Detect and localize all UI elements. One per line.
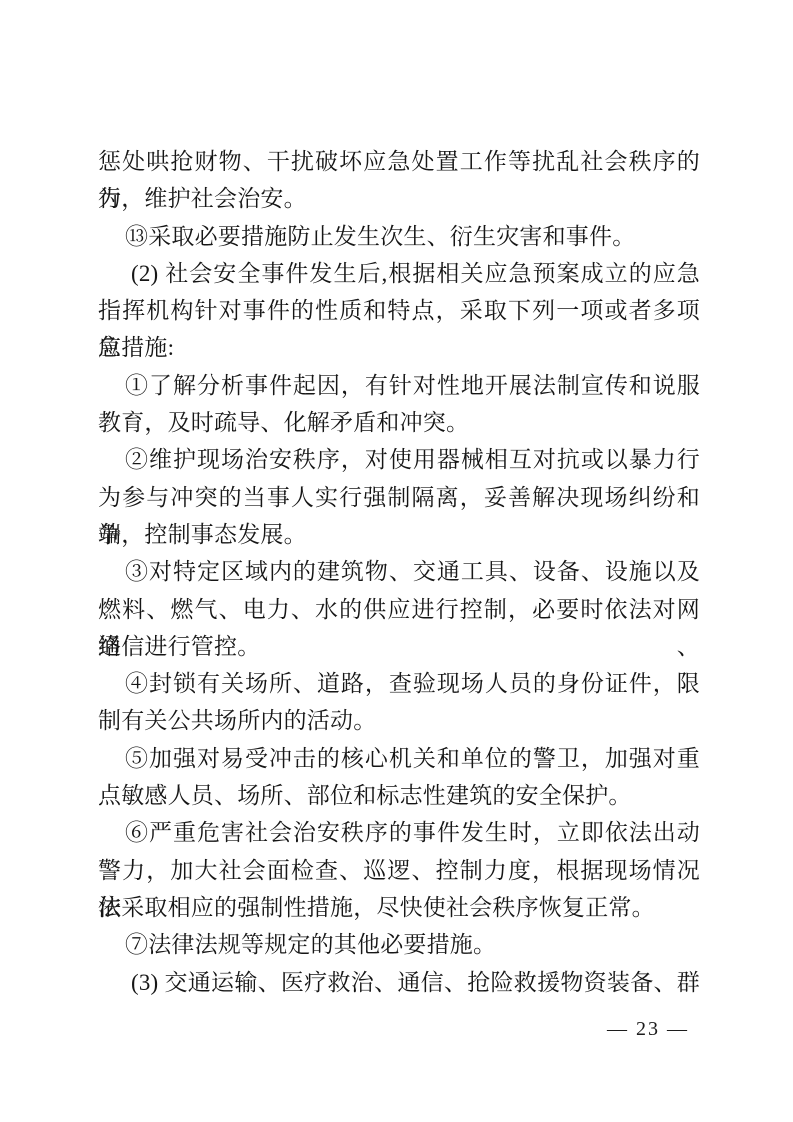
text-line: ④封锁有关场所、道路，查验现场人员的身份证件，限 [98,665,700,702]
text-line: 法采取相应的强制性措施，尽快使社会秩序恢复正常。 [98,889,700,926]
text-line: 燃料、燃气、电力、水的供应进行控制，必要时依法对网络、 [98,591,700,628]
text-line: ⑥严重危害社会治安秩序的事件发生时，立即依法出动 [98,814,700,851]
text-line: 点敏感人员、场所、部位和标志性建筑的安全保护。 [98,777,700,814]
text-line: 指挥机构针对事件的性质和特点，采取下列一项或者多项应 [98,292,700,329]
text-line: ⑬采取必要措施防止发生次生、衍生灾害和事件。 [98,218,700,255]
text-line: 制有关公共场所内的活动。 [98,702,700,739]
text-line: ②维护现场治安秩序，对使用器械相互对抗或以暴力行 [98,441,700,478]
text-line: 警力，加大社会面检查、巡逻、控制力度，根据现场情况依 [98,852,700,889]
text-line: 端，控制事态发展。 [98,516,700,553]
document-page: 惩处哄抢财物、干扰破坏应急处置工作等扰乱社会秩序的行 为，维护社会治安。 ⑬采取… [0,0,793,1122]
page-number: — 23 — [607,1018,689,1041]
text-line: ③对特定区域内的建筑物、交通工具、设备、设施以及 [98,553,700,590]
text-line: ⑤加强对易受冲击的核心机关和单位的警卫，加强对重 [98,740,700,777]
text-line: ⑦法律法规等规定的其他必要措施。 [98,926,700,963]
text-block: 惩处哄抢财物、干扰破坏应急处置工作等扰乱社会秩序的行 为，维护社会治安。 ⑬采取… [98,143,700,1001]
text-line: ①了解分析事件起因，有针对性地开展法制宣传和说服 [98,367,700,404]
text-line: 为，维护社会治安。 [98,180,700,217]
text-line: 急措施: [98,329,700,366]
text-line: (3) 交通运输、医疗救治、通信、抢险救援物资装备、群 [98,964,700,1001]
text-line: 惩处哄抢财物、干扰破坏应急处置工作等扰乱社会秩序的行 [98,143,700,180]
text-line: 教育，及时疏导、化解矛盾和冲突。 [98,404,700,441]
text-line: (2) 社会安全事件发生后,根据相关应急预案成立的应急 [98,255,700,292]
text-line: 为参与冲突的当事人实行强制隔离，妥善解决现场纠纷和争 [98,479,700,516]
